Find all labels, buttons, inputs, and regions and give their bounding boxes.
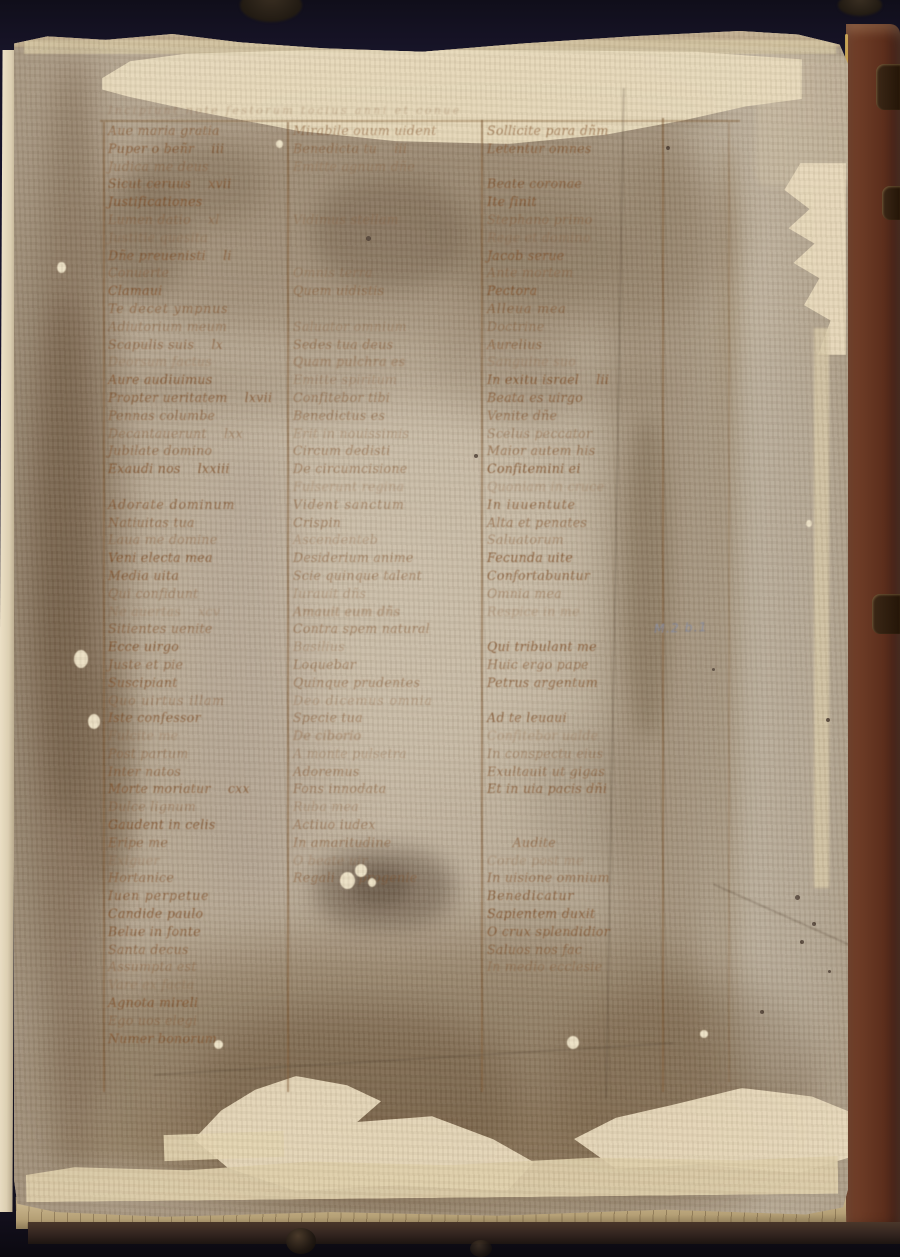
index-entry: Morte moriatur cxx <box>108 780 293 798</box>
index-entry: Numer bonorum <box>108 1029 293 1047</box>
index-entry: Justificationes <box>108 193 293 211</box>
index-entry: Suscipiant <box>108 673 293 691</box>
index-entry: Natiuitas tua <box>108 513 293 531</box>
clamp-shadow <box>240 0 302 22</box>
index-entry: Ne auertas xcv <box>108 602 293 620</box>
index-entry: Letentur omnes <box>487 140 672 158</box>
cover-edge-band <box>28 1222 900 1244</box>
ink-speck <box>760 1010 764 1014</box>
clasp-knob <box>838 0 882 16</box>
index-entry <box>487 798 672 816</box>
index-entry: Venite dñe <box>487 406 672 424</box>
index-entry: Fons innodata <box>293 780 478 798</box>
index-entry: Emitte agnum dñe <box>293 157 478 175</box>
index-entry: Saluos nos fac <box>487 940 672 958</box>
index-entry: Quam pulchra es <box>293 353 478 371</box>
index-entry: Deo dicemus omnia <box>293 691 478 709</box>
paint-loss-spot <box>567 1036 579 1049</box>
index-entry: Quinque prudentes <box>293 673 478 691</box>
paint-loss-spot <box>368 878 376 887</box>
index-entry: Te decet ympnus <box>108 300 293 318</box>
index-entry: In medio ecclesie <box>487 958 672 976</box>
index-entry: Confitebor tibi <box>293 389 478 407</box>
index-entry: Ascendenteb <box>293 531 478 549</box>
paint-loss-spot <box>276 140 283 148</box>
index-entry: Scie quinque talent <box>293 567 478 585</box>
index-entry: Quoniam in cruce <box>487 478 672 496</box>
index-entry: Juste et pie <box>108 656 293 674</box>
index-entry: Assumpta est <box>108 958 293 976</box>
index-entry: Aurelius <box>487 335 672 353</box>
index-entry: Respice in me <box>487 602 672 620</box>
index-entry: Fecunda uite <box>487 549 672 567</box>
index-entry: A monte pulsetra <box>293 745 478 763</box>
index-entry: De ciborio <box>293 727 478 745</box>
paint-loss-spot <box>806 520 812 527</box>
index-entry: Vidimus stellam <box>293 211 478 229</box>
index-entry: In iuuentute <box>487 495 672 513</box>
index-entry: Scapulis suis lx <box>108 335 293 353</box>
paint-loss-spot <box>340 872 355 889</box>
index-entry: Benedictus es <box>293 406 478 424</box>
index-entry <box>487 157 672 175</box>
index-entry: O beate uir <box>293 851 478 869</box>
index-entry: Sollicite para dñm <box>487 122 672 140</box>
index-entry <box>108 478 293 496</box>
index-entry: Candide paulo <box>108 905 293 923</box>
paint-loss-spot <box>88 714 100 729</box>
index-entry: Doctrine <box>487 317 672 335</box>
index-entry: Exaudi nos lxxiii <box>108 460 293 478</box>
stain <box>34 58 114 1178</box>
ink-speck <box>666 146 670 150</box>
index-entry: Beate coronae <box>487 175 672 193</box>
repair-patch-right <box>776 163 846 355</box>
index-entry <box>487 691 672 709</box>
index-entry: Desiderium anime <box>293 549 478 567</box>
index-entry: Iste confessor <box>108 709 293 727</box>
index-entry: Santa decus <box>108 940 293 958</box>
column-rule <box>481 120 483 1092</box>
index-entry: Benedicta tu iii <box>293 140 478 158</box>
index-entry: In conspectu eius <box>487 745 672 763</box>
index-entry: Exiguer <box>108 851 293 869</box>
index-entry: Saluator omnium <box>293 317 478 335</box>
index-entry: Jubilate domino <box>108 442 293 460</box>
index-entry: Justitie quesita <box>108 229 293 247</box>
index-entry: Specie tua <box>293 709 478 727</box>
index-entry: Mirabile ouum uident <box>293 122 478 140</box>
index-entry: Vare ex facta <box>108 976 293 994</box>
index-entry: Clamaui <box>108 282 293 300</box>
index-entry: Adiutorium meum <box>108 317 293 335</box>
index-entry: Circum dedisti <box>293 442 478 460</box>
column-rule <box>728 122 730 1082</box>
ink-speck <box>795 895 800 900</box>
index-entry: Confitebor ualde <box>487 727 672 745</box>
index-entry: In uisione omnium <box>487 869 672 887</box>
index-entry: Fulserunt regina <box>293 478 478 496</box>
index-entry: Huic ergo pape <box>487 656 672 674</box>
index-entry: Adorate dominum <box>108 495 293 513</box>
index-entry: Gaudent in celis <box>108 816 293 834</box>
index-entry: Benedicatur <box>487 887 672 905</box>
index-entry: Alleua mea <box>487 300 672 318</box>
ink-speck <box>812 922 816 926</box>
index-entry: Decantauerunt lxx <box>108 424 293 442</box>
index-entry: Adoremus <box>293 762 478 780</box>
repair-patch-bottom <box>164 1131 285 1161</box>
index-entry: Petrus argentum <box>487 673 672 691</box>
index-entry: Dñe preuenisti li <box>108 246 293 264</box>
index-entry: Ante mortem <box>487 264 672 282</box>
index-entry: Sanguine suo <box>487 353 672 371</box>
index-entry: Alta et penates <box>487 513 672 531</box>
index-entry: Ad te leuaui <box>487 709 672 727</box>
index-entry: Actiuo iudex <box>293 816 478 834</box>
index-entry: Media uita <box>108 567 293 585</box>
index-entry: Pennas columbe <box>108 406 293 424</box>
index-entry: Confortabuntur <box>487 567 672 585</box>
ink-speck <box>366 236 371 241</box>
index-entry: Iurauit dñs <box>293 584 478 602</box>
index-entry: Propter ueritatem lxvii <box>108 389 293 407</box>
index-entry <box>293 229 478 247</box>
index-entry: Iuen perpetue <box>108 887 293 905</box>
index-entry: Corde post me <box>487 851 672 869</box>
index-entry: Crispin <box>293 513 478 531</box>
index-entry: Rege et domino <box>487 229 672 247</box>
index-entry: Ecce uirgo <box>108 638 293 656</box>
index-entry: O crux splendidior <box>487 923 672 941</box>
index-entry: Et in uia pacis dñi <box>487 780 672 798</box>
index-entry: Exultauit ut gigas <box>487 762 672 780</box>
index-entry: Fulcite me <box>108 727 293 745</box>
text-column-middle: Mirabile ouum uidentBenedicta tu iiiEmit… <box>293 122 478 887</box>
index-entry: Sicut ceruus xvii <box>108 175 293 193</box>
index-entry: Laua me domine <box>108 531 293 549</box>
index-entry: Sapientem duxit <box>487 905 672 923</box>
index-entry: Sitientes uenite <box>108 620 293 638</box>
index-entry <box>293 193 478 211</box>
index-entry: Confitemini ei <box>487 460 672 478</box>
index-entry: Erit in nouissimis <box>293 424 478 442</box>
ink-speck <box>712 668 715 671</box>
index-entry: Qui tribulant me <box>487 638 672 656</box>
parchment-page: Incipiunt note festorum tocius anni et c… <box>14 28 848 1218</box>
index-entry: Quem uidistis <box>293 282 478 300</box>
index-entry <box>487 620 672 638</box>
index-entry: Judica me deus <box>108 157 293 175</box>
paint-loss-spot <box>355 864 367 877</box>
index-entry: Puper o beñr iii <box>108 140 293 158</box>
index-entry: De circumcisione <box>293 460 478 478</box>
column-rule <box>103 122 105 1092</box>
ink-speck <box>828 970 831 973</box>
index-entry: Aue maria gratia <box>108 122 293 140</box>
paint-loss-spot <box>74 650 88 668</box>
index-entry: Ego uos elegi <box>108 1012 293 1030</box>
clasp-knob <box>872 594 900 634</box>
bottom-stud <box>286 1228 316 1254</box>
index-entry: Omnis terra <box>293 264 478 282</box>
index-entry: Post partum <box>108 745 293 763</box>
index-entry <box>293 246 478 264</box>
clasp-knob <box>882 186 900 220</box>
index-entry: Ruba mea <box>293 798 478 816</box>
index-entry: Stephano primo <box>487 211 672 229</box>
paint-loss-spot <box>700 1030 708 1038</box>
book-photo: Incipiunt note festorum tocius anni et c… <box>0 0 900 1257</box>
ink-speck <box>474 454 478 458</box>
index-entry: Veni electa mea <box>108 549 293 567</box>
index-entry: Sedes tua deus <box>293 335 478 353</box>
index-entry: Scelus peccator <box>487 424 672 442</box>
index-entry: Vident sanctum <box>293 495 478 513</box>
index-entry <box>487 816 672 834</box>
index-entry: Qui confidunt <box>108 584 293 602</box>
clasp-knob <box>876 64 900 110</box>
index-entry: Ite finit <box>487 193 672 211</box>
index-entry: Contra spem natural <box>293 620 478 638</box>
index-entry: Emitte spiritum <box>293 371 478 389</box>
index-entry: Pectora <box>487 282 672 300</box>
paint-loss-spot <box>214 1040 223 1049</box>
index-entry: Eripe me <box>108 834 293 852</box>
bottom-stud <box>470 1240 492 1257</box>
index-entry: Loquebar <box>293 656 478 674</box>
index-entry: Dulce lignum <box>108 798 293 816</box>
index-entry: Regali ex progenie <box>293 869 478 887</box>
index-entry: Basilius <box>293 638 478 656</box>
repair-patch-right-sliver <box>814 328 829 888</box>
index-entry: Omnia mea <box>487 584 672 602</box>
index-entry: Agnota mireli <box>108 994 293 1012</box>
text-column-right: Sollicite para dñmLetentur omnesBeate co… <box>487 122 672 976</box>
index-entry: Audite <box>487 834 672 852</box>
index-entry: Amauit eum dñs <box>293 602 478 620</box>
index-entry: Saluatorum <box>487 531 672 549</box>
paint-loss-spot <box>57 262 66 273</box>
index-entry: Jacob serue <box>487 246 672 264</box>
text-column-left: Aue maria gratiaPuper o beñr iiiJudica m… <box>108 122 293 1047</box>
ink-speck <box>800 940 804 944</box>
index-entry: Hortanice <box>108 869 293 887</box>
header-line: Incipiunt note festorum tocius anni et c… <box>108 104 758 117</box>
index-entry: Maior autem his <box>487 442 672 460</box>
index-entry: Lumen datio xl <box>108 211 293 229</box>
index-entry: Beata es uirgo <box>487 389 672 407</box>
index-entry: Quo uirtus illam <box>108 691 293 709</box>
ink-speck <box>826 718 830 722</box>
index-entry: Belue in fonte <box>108 923 293 941</box>
index-entry: In exitu israel lii <box>487 371 672 389</box>
index-entry: Conuerte <box>108 264 293 282</box>
index-entry: Aure audiuimus <box>108 371 293 389</box>
index-entry <box>293 300 478 318</box>
index-entry <box>293 175 478 193</box>
index-entry: In amaritudine <box>293 834 478 852</box>
margin-annotation: M.2 b.1 <box>654 619 708 636</box>
index-entry: Inter natos <box>108 762 293 780</box>
index-entry: Deorsum factus <box>108 353 293 371</box>
